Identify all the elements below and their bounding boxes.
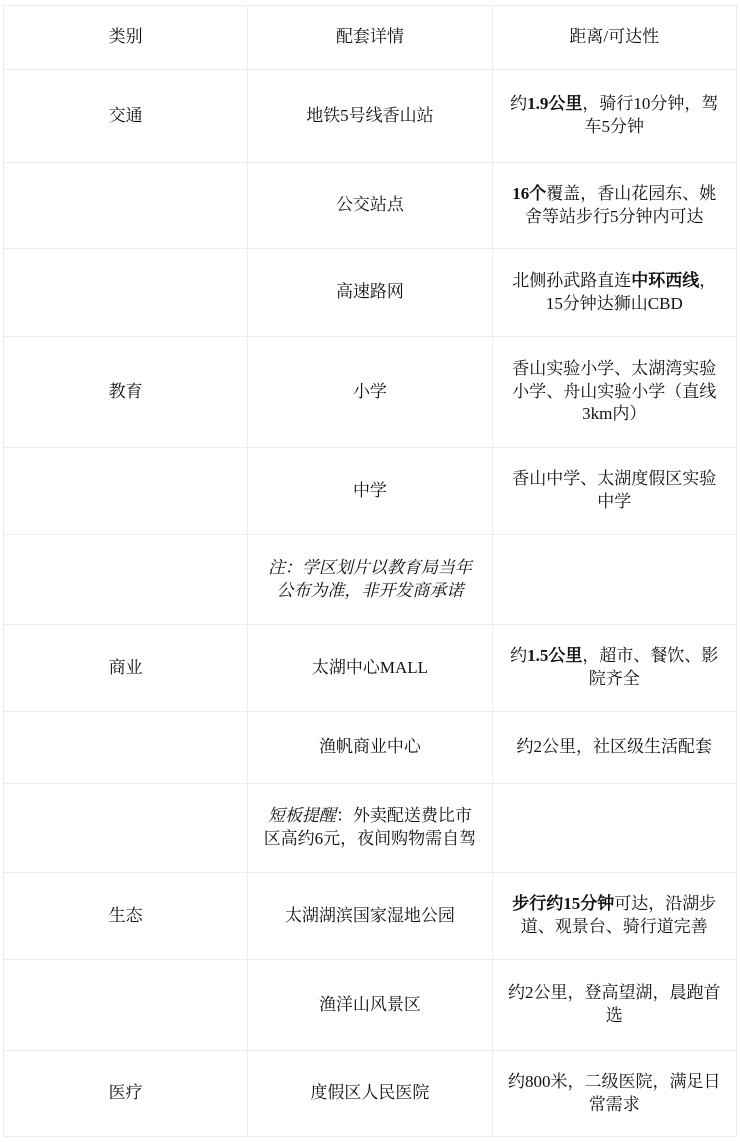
distance-cell: 香山实验小学、太湖湾实验小学、舟山实验小学（直线3km内） <box>492 337 736 448</box>
table-row-medical-hospital: 医疗 度假区人民医院 约800米，二级医院，满足日常需求 <box>4 1051 737 1137</box>
emphasis-text: 步行约15分钟 <box>512 894 614 913</box>
italic-note-text: 注：学区划片以教育局当年公布为准，非开发商承诺 <box>268 558 472 600</box>
detail-cell: 渔洋山风景区 <box>248 960 492 1051</box>
italic-note-text: 短板提醒 <box>268 806 336 825</box>
category-cell <box>4 784 248 873</box>
note-cell: 短板提醒：外卖配送费比市区高约6元，夜间购物需自驾 <box>248 784 492 873</box>
distance-cell <box>492 535 736 625</box>
distance-cell: 约2公里，社区级生活配套 <box>492 712 736 784</box>
category-cell: 交通 <box>4 70 248 163</box>
plain-text: 覆盖，香山花园东、姚舍等站步行5分钟内可达 <box>525 184 716 226</box>
table-row-ecology-scenic-area: 渔洋山风景区 约2公里，登高望湖，晨跑首选 <box>4 960 737 1051</box>
note-cell: 注：学区划片以教育局当年公布为准，非开发商承诺 <box>248 535 492 625</box>
detail-cell: 渔帆商业中心 <box>248 712 492 784</box>
table-row-transit-metro: 交通 地铁5号线香山站 约1.9公里，骑行10分钟，驾车5分钟 <box>4 70 737 163</box>
distance-cell: 16个覆盖，香山花园东、姚舍等站步行5分钟内可达 <box>492 163 736 249</box>
detail-cell: 高速路网 <box>248 249 492 337</box>
table-header-row: 类别 配套详情 距离/可达性 <box>4 6 737 70</box>
plain-text: 北侧孙武路直连 <box>512 271 631 290</box>
header-detail: 配套详情 <box>248 6 492 70</box>
detail-cell: 太湖中心MALL <box>248 625 492 712</box>
detail-cell: 太湖湖滨国家湿地公园 <box>248 873 492 960</box>
distance-cell: 香山中学、太湖度假区实验中学 <box>492 448 736 535</box>
distance-cell: 约2公里，登高望湖，晨跑首选 <box>492 960 736 1051</box>
distance-cell: 北侧孙武路直连中环西线，15分钟达狮山CBD <box>492 249 736 337</box>
header-distance: 距离/可达性 <box>492 6 736 70</box>
plain-text: ，骑行10分钟，驾车5分钟 <box>582 94 718 136</box>
distance-cell <box>492 784 736 873</box>
category-cell: 教育 <box>4 337 248 448</box>
detail-cell: 地铁5号线香山站 <box>248 70 492 163</box>
table-row-education-primary: 教育 小学 香山实验小学、太湖湾实验小学、舟山实验小学（直线3km内） <box>4 337 737 448</box>
table-row-education-note: 注：学区划片以教育局当年公布为准，非开发商承诺 <box>4 535 737 625</box>
header-category: 类别 <box>4 6 248 70</box>
amenities-table: 类别 配套详情 距离/可达性 交通 地铁5号线香山站 约1.9公里，骑行10分钟… <box>3 5 737 1137</box>
plain-text: 约 <box>510 646 527 665</box>
table-row-commerce-note: 短板提醒：外卖配送费比市区高约6元，夜间购物需自驾 <box>4 784 737 873</box>
category-cell: 医疗 <box>4 1051 248 1137</box>
emphasis-text: 中环西线 <box>631 271 699 290</box>
distance-cell: 约800米，二级医院，满足日常需求 <box>492 1051 736 1137</box>
distance-cell: 步行约15分钟可达，沿湖步道、观景台、骑行道完善 <box>492 873 736 960</box>
detail-cell: 小学 <box>248 337 492 448</box>
detail-cell: 度假区人民医院 <box>248 1051 492 1137</box>
plain-text: 约 <box>510 94 527 113</box>
table-row-transit-highway: 高速路网 北侧孙武路直连中环西线，15分钟达狮山CBD <box>4 249 737 337</box>
category-cell <box>4 249 248 337</box>
category-cell: 商业 <box>4 625 248 712</box>
category-cell <box>4 712 248 784</box>
category-cell: 生态 <box>4 873 248 960</box>
plain-text: ，超市、餐饮、影院齐全 <box>582 646 718 688</box>
emphasis-text: 16个 <box>512 184 546 203</box>
table-row-commerce-mall: 商业 太湖中心MALL 约1.5公里，超市、餐饮、影院齐全 <box>4 625 737 712</box>
emphasis-text: 1.9公里 <box>527 94 582 113</box>
table-row-transit-bus: 公交站点 16个覆盖，香山花园东、姚舍等站步行5分钟内可达 <box>4 163 737 249</box>
category-cell <box>4 448 248 535</box>
table-row-commerce-center: 渔帆商业中心 约2公里，社区级生活配套 <box>4 712 737 784</box>
category-cell <box>4 960 248 1051</box>
category-cell <box>4 163 248 249</box>
table-row-education-middle: 中学 香山中学、太湖度假区实验中学 <box>4 448 737 535</box>
distance-cell: 约1.5公里，超市、餐饮、影院齐全 <box>492 625 736 712</box>
distance-cell: 约1.9公里，骑行10分钟，驾车5分钟 <box>492 70 736 163</box>
category-cell <box>4 535 248 625</box>
emphasis-text: 1.5公里 <box>527 646 582 665</box>
detail-cell: 中学 <box>248 448 492 535</box>
detail-cell: 公交站点 <box>248 163 492 249</box>
table-row-ecology-wetland-park: 生态 太湖湖滨国家湿地公园 步行约15分钟可达，沿湖步道、观景台、骑行道完善 <box>4 873 737 960</box>
